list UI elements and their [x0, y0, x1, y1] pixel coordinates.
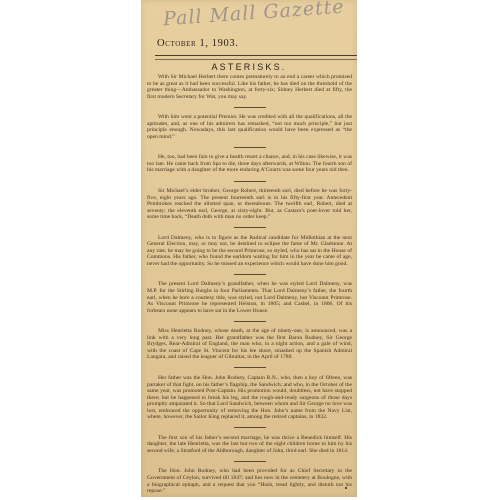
newspaper-clipping: Pall Mall Gazette October 1, 1903. ASTER…	[141, 0, 357, 497]
paragraph: The present Lord Dalmeny’s grandfather, …	[147, 281, 352, 314]
paragraph-separator	[234, 367, 266, 368]
paragraph: Lord Dalmeny, who is to figure as the Ra…	[147, 235, 352, 268]
paragraph: With Sir Michael Herbert there comes pre…	[147, 74, 352, 100]
paragraph-separator	[234, 147, 266, 148]
handwritten-source-note: Pall Mall Gazette	[162, 0, 345, 30]
paragraph: With him went a potential Premier. He wa…	[147, 114, 352, 140]
paragraph-separator	[234, 227, 266, 228]
paragraph-separator	[234, 274, 266, 275]
printer-mark-dot	[345, 487, 347, 489]
paragraph: Her father was the Hon. John Rodney, Cap…	[147, 375, 352, 421]
header-rule	[155, 55, 357, 60]
dateline: October 1, 1903.	[157, 38, 238, 49]
paragraph: He, too, had been fain to give a health …	[147, 154, 352, 174]
headline: ASTERISKS.	[141, 62, 357, 72]
paragraph-separator	[234, 427, 266, 428]
paragraph: Miss Henrietta Rodney, whose death, at t…	[147, 328, 352, 361]
paragraph: Sir Michael’s elder brother, George Robe…	[147, 188, 352, 221]
paragraph: The Hon. John Rodney, who had been provi…	[147, 468, 352, 494]
paragraph-separator	[234, 321, 266, 322]
paragraph-separator	[234, 107, 266, 108]
paragraph-separator	[234, 181, 266, 182]
paragraph: The first son of his father’s second mar…	[147, 435, 352, 455]
article-body: With Sir Michael Herbert there comes pre…	[147, 74, 352, 495]
paragraph-separator	[234, 461, 266, 462]
